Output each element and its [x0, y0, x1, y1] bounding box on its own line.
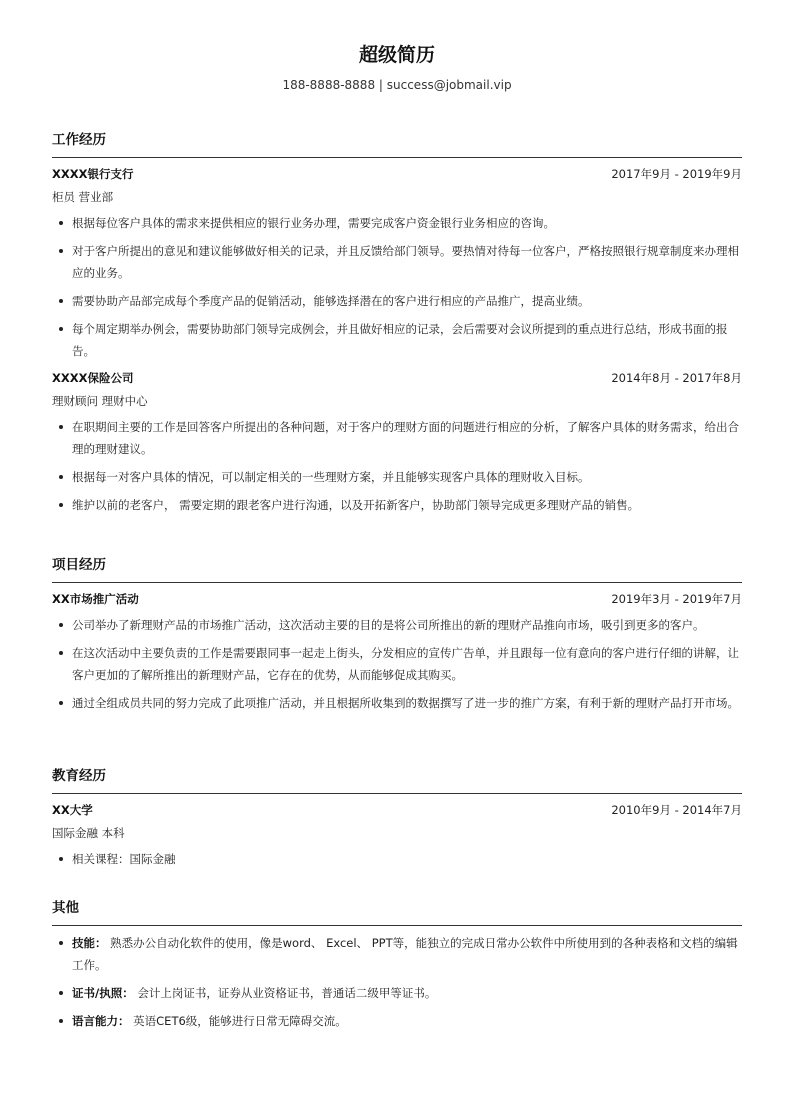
other-item-skills: 技能： 熟悉办公自动化软件的使用，像是word、 Excel、 PPT等，能独立… [52, 932, 742, 976]
bullet-item: 需要协助产品部完成每个季度产品的促销活动，能够选择潜在的客户进行相应的产品推广，… [52, 290, 742, 312]
entry-org: XX大学 [52, 801, 93, 819]
bullet-item: 通过全组成员共同的努力完成了此项推广活动，并且根据所收集到的数据撰写了进一步的推… [52, 692, 742, 714]
bullet-item: 在这次活动中主要负责的工作是需要跟同事一起走上街头，分发相应的宣传广告单，并且跟… [52, 642, 742, 686]
bullet-item: 每个周定期举办例会，需要协助部门领导完成例会，并且做好相应的记录，会后需要对会议… [52, 318, 742, 362]
entry-date: 2010年9月 - 2014年7月 [611, 801, 742, 819]
section-education: 教育经历 XX大学 2010年9月 - 2014年7月 国际金融 本科 相关课程… [52, 766, 742, 870]
entry-date: 2014年8月 - 2017年8月 [611, 369, 742, 387]
bullet-item: 对于客户所提出的意见和建议能够做好相关的记录，并且反馈给部门领导。要热情对待每一… [52, 240, 742, 284]
bullet-item: 维护以前的老客户， 需要定期的跟老客户进行沟通，以及开拓新客户，协助部门领导完成… [52, 494, 742, 516]
work-entry: XXXX保险公司 2014年8月 - 2017年8月 理财顾问 理财中心 在职期… [52, 369, 742, 516]
entry-org: XX市场推广活动 [52, 590, 139, 608]
project-entry: XX市场推广活动 2019年3月 - 2019年7月 公司举办了新理财产品的市场… [52, 590, 742, 714]
bullet-item: 根据每位客户具体的需求来提供相应的银行业务办理，需要完成客户资金银行业务相应的咨… [52, 212, 742, 234]
contact-info: 188-8888-8888 | success@jobmail.vip [52, 77, 742, 93]
section-work: 工作经历 XXXX银行支行 2017年9月 - 2019年9月 柜员 营业部 根… [52, 130, 742, 516]
other-item-certificates: 证书/执照： 会计上岗证书，证券从业资格证书，普通话二级甲等证书。 [52, 982, 742, 1004]
item-text: 会计上岗证书，证券从业资格证书，普通话二级甲等证书。 [134, 986, 437, 1000]
bullet-item: 根据每一对客户具体的情况，可以制定相关的一些理财方案，并且能够实现客户具体的理财… [52, 466, 742, 488]
entry-role: 理财顾问 理财中心 [52, 392, 742, 410]
entry-date: 2017年9月 - 2019年9月 [611, 165, 742, 183]
bullet-item: 相关课程：国际金融 [52, 848, 742, 870]
entry-org: XXXX银行支行 [52, 165, 133, 183]
section-title: 其他 [52, 898, 742, 926]
item-label: 语言能力： [72, 1014, 130, 1028]
work-entry: XXXX银行支行 2017年9月 - 2019年9月 柜员 营业部 根据每位客户… [52, 165, 742, 362]
item-label: 技能： [72, 936, 107, 950]
entry-date: 2019年3月 - 2019年7月 [611, 590, 742, 608]
bullet-item: 公司举办了新理财产品的市场推广活动，这次活动主要的目的是将公司所推出的新的理财产… [52, 614, 742, 636]
section-projects: 项目经历 XX市场推广活动 2019年3月 - 2019年7月 公司举办了新理财… [52, 555, 742, 714]
section-title: 工作经历 [52, 130, 742, 158]
entry-org: XXXX保险公司 [52, 369, 133, 387]
section-title: 教育经历 [52, 766, 742, 794]
item-text: 熟悉办公自动化软件的使用，像是word、 Excel、 PPT等，能独立的完成日… [72, 936, 738, 972]
item-label: 证书/执照： [72, 986, 134, 1000]
other-item-language: 语言能力： 英语CET6级，能够进行日常无障碍交流。 [52, 1010, 742, 1032]
resume-name: 超级简历 [52, 42, 742, 68]
item-text: 英语CET6级，能够进行日常无障碍交流。 [130, 1014, 347, 1028]
bullet-item: 在职期间主要的工作是回答客户所提出的各种问题，对于客户的理财方面的问题进行相应的… [52, 416, 742, 460]
section-title: 项目经历 [52, 555, 742, 583]
education-entry: XX大学 2010年9月 - 2014年7月 国际金融 本科 相关课程：国际金融 [52, 801, 742, 870]
entry-role: 柜员 营业部 [52, 188, 742, 206]
entry-role: 国际金融 本科 [52, 824, 742, 842]
section-other: 其他 技能： 熟悉办公自动化软件的使用，像是word、 Excel、 PPT等，… [52, 898, 742, 1032]
